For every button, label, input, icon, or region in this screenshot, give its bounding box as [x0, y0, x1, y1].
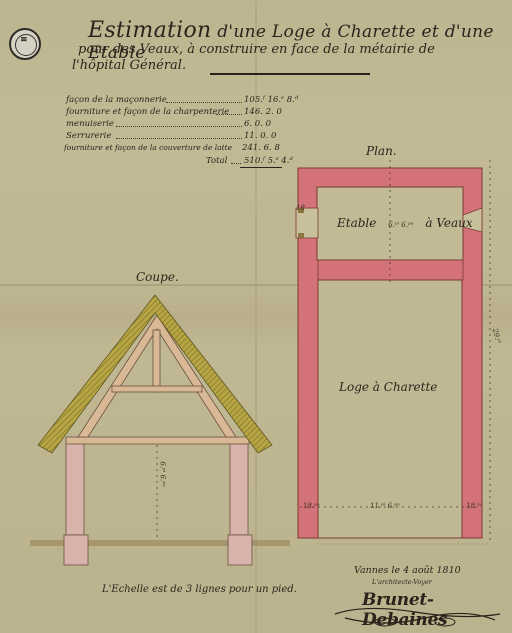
estimate-total-row: Total 510.ᶠ 5.ˢ 4.ᵈ — [66, 156, 296, 168]
place-date: Vannes le 4 août 1810 — [354, 565, 461, 576]
title-initial-word: Estimation — [88, 18, 212, 43]
room-label-loge: Loge à Charette — [339, 380, 437, 394]
estimate-row: Serrurerie 11. 0. 0 — [66, 131, 296, 143]
dim-width: 11.ᵖⁱ 6.ᵖᵒ — [370, 502, 400, 510]
signatory-role: L'architecte-Voyer — [372, 578, 432, 586]
archive-stamp-icon: ≡ — [9, 28, 41, 60]
estimate-row: fourniture et façon de la charpenterie 1… — [66, 107, 296, 119]
title-underline — [210, 73, 370, 75]
estimate-row: façon de la maçonnerie 105.ᶠ 16.ˢ 8.ᵈ — [66, 95, 296, 107]
document-sheet: ≡ Estimation d'une Loge à Charette et d'… — [0, 0, 512, 633]
signature-flourish — [325, 604, 505, 630]
dim-wall-left: 18.ᵖᵒ — [303, 502, 320, 510]
room-label-etable: Etable 6.ᵖⁱ 6.ᵖᵒ à Veaux — [337, 216, 473, 230]
plan-heading: Plan. — [366, 144, 397, 158]
coupe-dim-height: 6.ᵖⁱ 6.ᵖᵒ — [159, 461, 167, 486]
scale-note: L'Echelle est de 3 lignes pour un pied. — [102, 584, 297, 595]
title-line3: l'hôpital Général. — [72, 58, 186, 73]
coupe-heading: Coupe. — [136, 270, 179, 284]
estimate-row: menuiserie 6. 0. 0 — [66, 119, 296, 131]
title-line2: pour des Veaux, à construire en face de … — [78, 42, 435, 57]
dim-wall-right: 18.ᵖᵒ — [466, 502, 483, 510]
cross-section-drawing — [30, 285, 290, 575]
estimate-row: fourniture et façon de la couverture de … — [64, 143, 294, 155]
dim-door: 18 — [296, 204, 305, 212]
